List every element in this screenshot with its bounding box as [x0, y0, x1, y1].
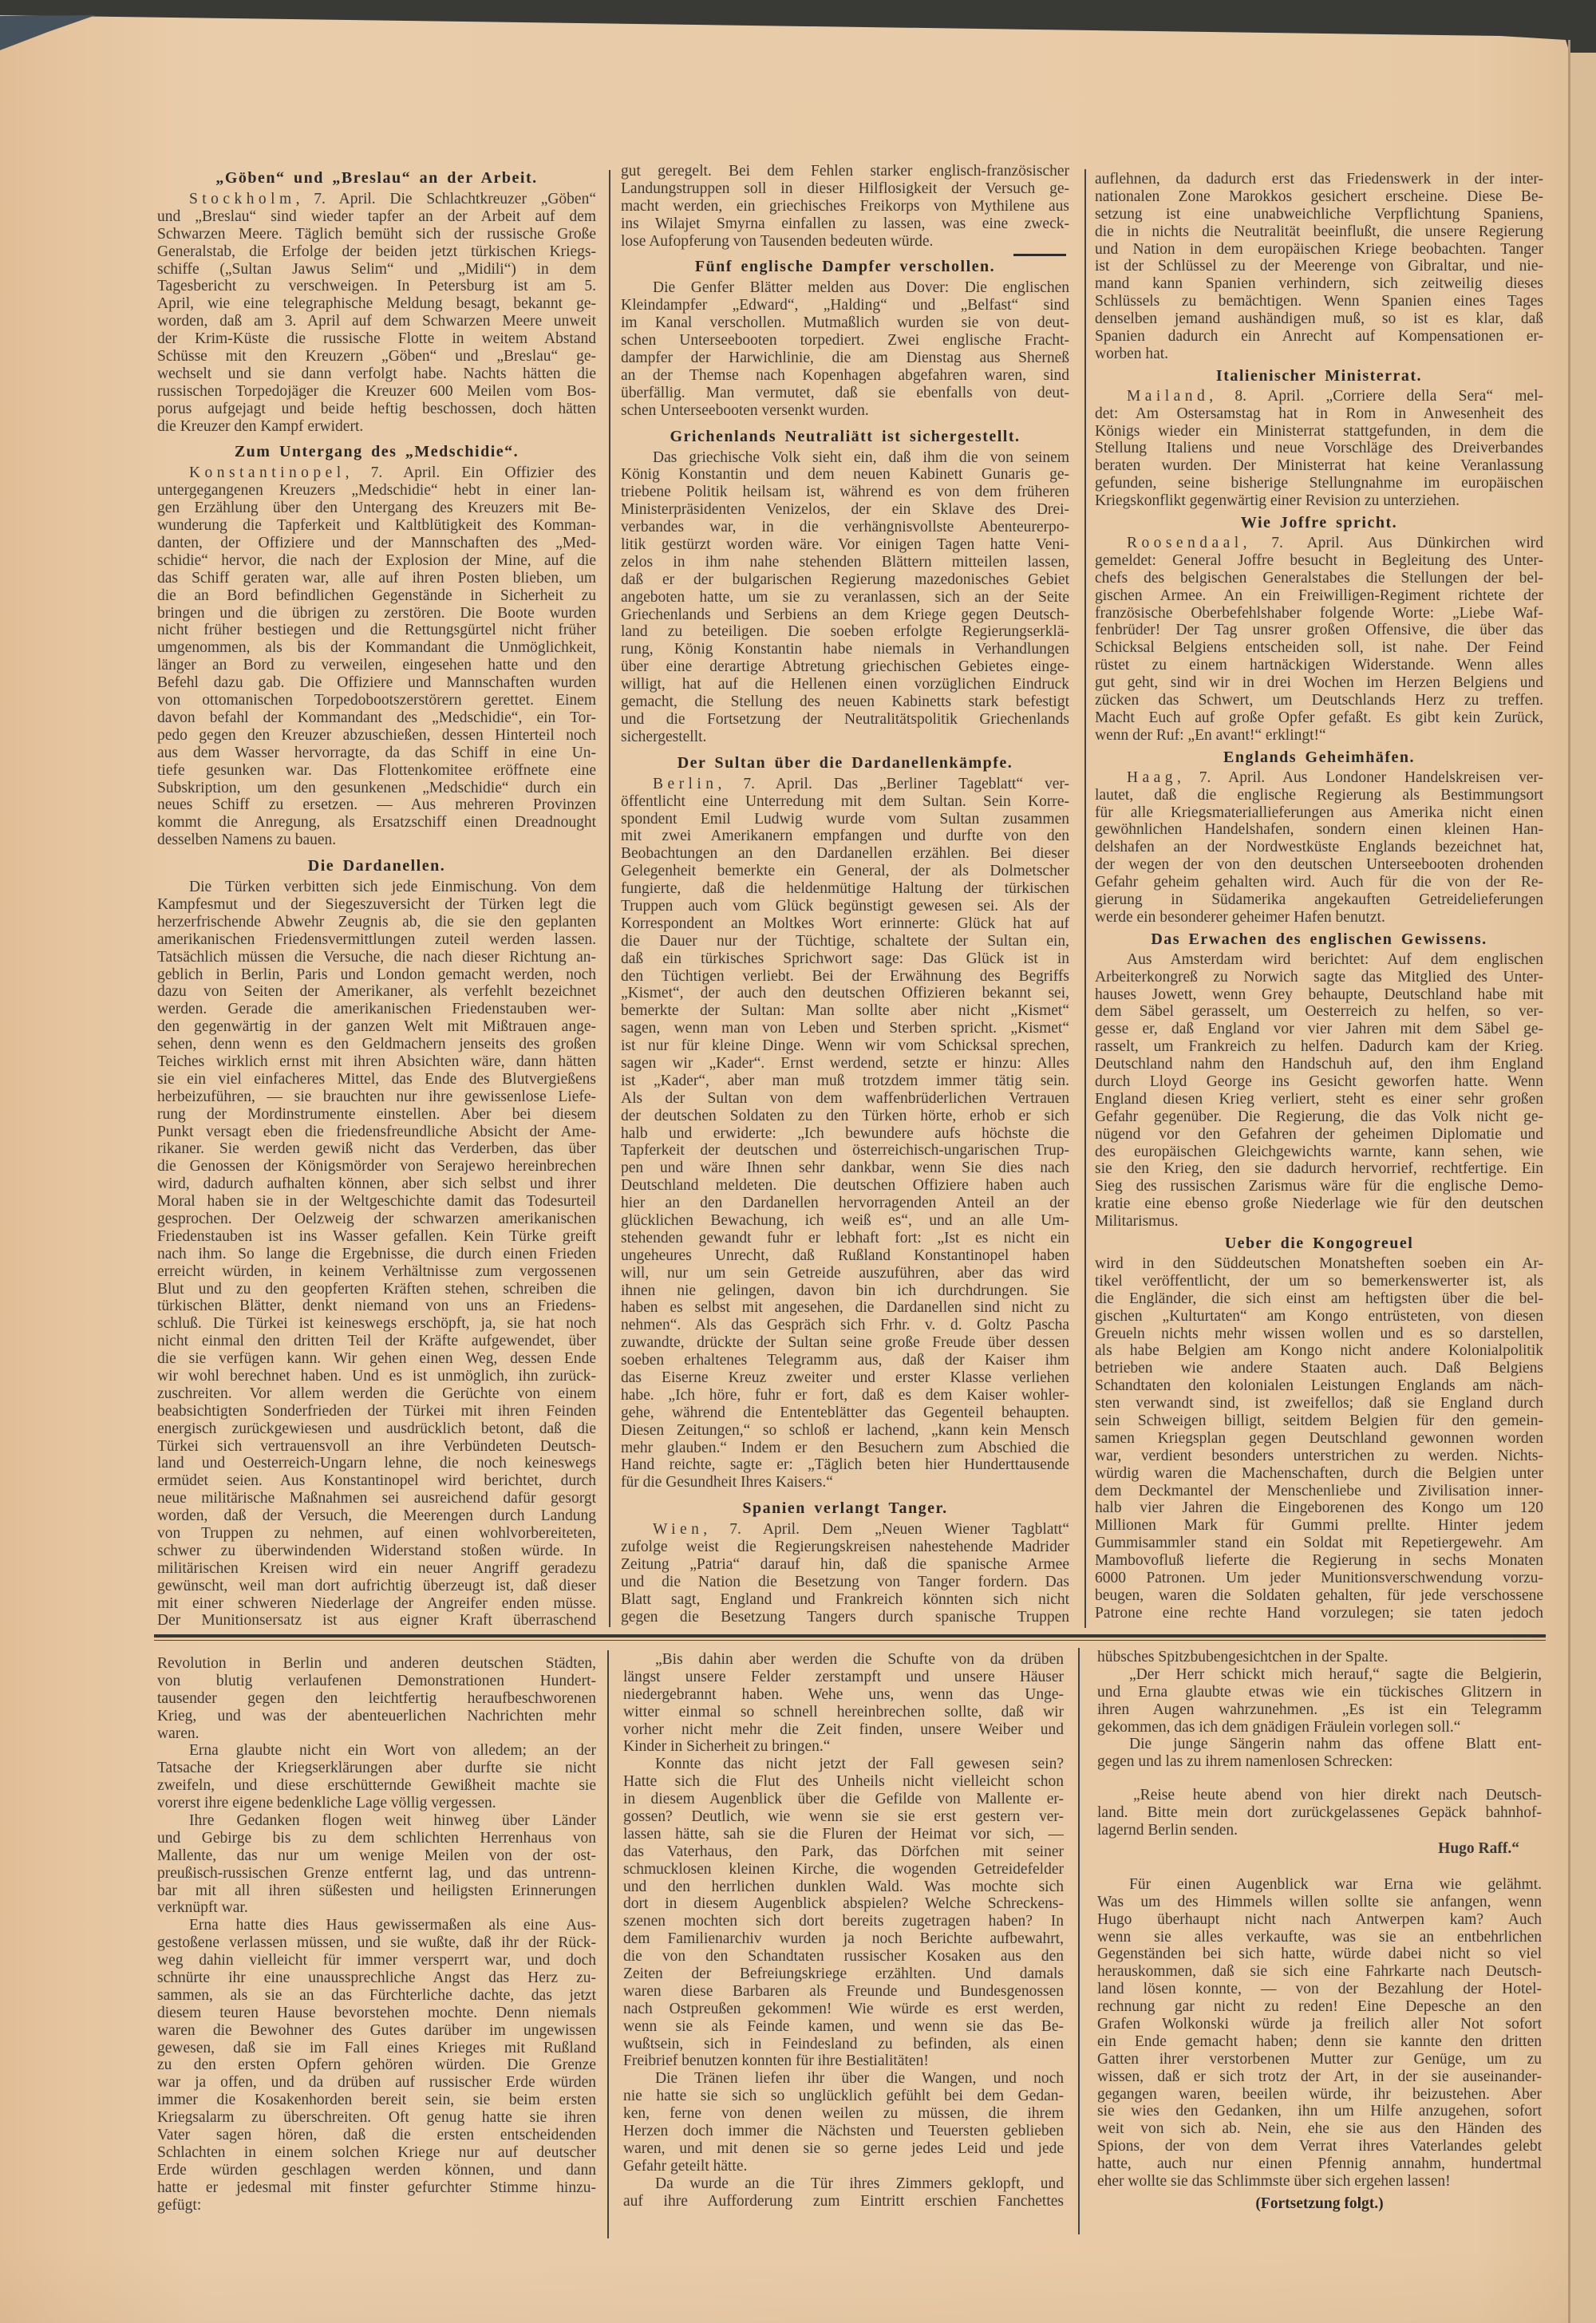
text-line: tausender gegen den leichtfertig heraufb… [157, 1690, 596, 1708]
line-text: Tatsache der Kriegserklärungen aber durf… [157, 1760, 596, 1776]
text-line: auflehnen, da dadurch erst das Friedensw… [1095, 171, 1543, 188]
line-text: gen Erzählung über den Untergang des Kre… [157, 500, 596, 516]
text-line: die in nichts die Neutralität beeinflußt… [1095, 223, 1543, 241]
news-column-1: „Göben“ und „Breslau“ an der Arbeit.Stoc… [157, 168, 596, 1630]
text-line: türkischen Blätter, denkt niemand von un… [157, 1298, 596, 1315]
text-line: sehen, denn wenn es den Geldmachern jens… [157, 1036, 596, 1053]
text-line: gefunden, seine bisherige Stellungnahme … [1095, 475, 1543, 492]
text-line: Millionen Mark für Gummi prellte. Hinter… [1095, 1517, 1543, 1535]
text-line: und „Breslau“ sind wieder tapfer an der … [157, 208, 596, 226]
line-text: geblich in Berlin, Paris und London gema… [157, 966, 596, 983]
line-text: von Truppen zu nehmen, auf einen wohlvor… [157, 1525, 596, 1542]
text-line: April, wie eine telegraphische Meldung b… [157, 295, 596, 313]
text-line: Tagesbericht zu verschweigen. In Petersb… [157, 278, 596, 295]
section-divider-rule [154, 1634, 1546, 1641]
line-text: das Schiff geraten war, alle auf ihren P… [157, 570, 596, 587]
line-text: Konnte das nicht jetzt der Fall gewesen … [655, 1756, 1064, 1772]
text-line: als habe Belgien am Kongo nicht andere K… [1095, 1342, 1543, 1360]
binding-cloth [0, 15, 96, 50]
line-text: halb vier Jahren die Eingeborenen des Ko… [1095, 1499, 1543, 1516]
line-text: gut geht, sind wir in drei Wochen im Her… [1095, 674, 1543, 691]
line-text: gehe, während die Ententeblätter das Geg… [621, 1404, 1069, 1421]
line-text: Ihre Gedanken flogen weit hinweg über Lä… [189, 1812, 596, 1829]
text-paragraph: Konnte das nicht jetzt der Fall gewesen … [623, 1756, 1064, 2070]
line-text: dampfer der Harwichlinie, die am Diensta… [621, 350, 1069, 366]
line-text: beabsichtigten Sonderfrieden der Türkei … [157, 1403, 596, 1420]
text-line: für alle Kriegsmateriallieferungen aus A… [1095, 804, 1543, 822]
text-line: rikaner. Sie werden gewiß nicht das Verd… [157, 1140, 596, 1158]
text-line: Für einen Augenblick war Erna wie gelähm… [1097, 1876, 1542, 1894]
line-text: pen und wäre Ihnen sehr dankbar, wenn Si… [621, 1160, 1069, 1176]
text-line: lagernd Berlin senden. [1097, 1822, 1542, 1839]
line-text: gewünscht, weil man dort aufrichtig über… [157, 1578, 596, 1594]
line-text: hier an den Dardanellen hervorragenden A… [621, 1195, 1069, 1211]
line-text: dazu von Seiten der Amerikaner, als verf… [157, 983, 596, 1000]
line-text: sten verwandt sind, ist zweifellos; daß … [1095, 1395, 1543, 1412]
text-line: litik gestürzt worden wäre. Vor einigen … [621, 536, 1069, 554]
line-text: will, nur um sein Getreide auszuführen, … [621, 1265, 1069, 1282]
line-text: Als der Sultan von dem waffenbrüderliche… [621, 1090, 1069, 1107]
line-text: waren, und mit denen sie so gerne jedes … [623, 2140, 1064, 2157]
line-text: wenn sie als Feinde kamen, und wenn sie … [623, 2018, 1064, 2035]
line-text: soeben erhaltenes Telegramm aus, daß der… [621, 1352, 1069, 1369]
line-text: land zu beteiligen. Die soeben erfolgte … [621, 623, 1069, 640]
text-line: rung der Mordinstrumente einstellen. Abe… [157, 1106, 596, 1124]
text-line: den Tüchtigen verliebt. Bei der Erwähnun… [621, 968, 1069, 986]
line-text: stehenden gewandt fuhr er lebhaft fort: … [621, 1230, 1069, 1246]
line-text: Tagesbericht zu verschweigen. In Petersb… [157, 278, 596, 294]
line-text: war, verdient besonders unterstrichen zu… [1095, 1448, 1543, 1464]
text-line: habe. „Ich höre, fuhr er fort, daß es de… [621, 1387, 1069, 1404]
line-text: waren die Bewohner des Gutes darüber im … [157, 2022, 596, 2039]
text-line: hauses Jowett, wenn Grey behaupte, Deuts… [1095, 986, 1543, 1004]
text-line: Türkei sich vertrauensvoll an ihre Verbü… [157, 1438, 596, 1456]
text-line: beugen, waren die Soldaten gehalten, für… [1095, 1587, 1543, 1605]
line-text: öffentlicht eine Unterredung mit dem Sul… [621, 793, 1069, 810]
text-line: haben es selbst mit angesehen, die Darda… [621, 1299, 1069, 1317]
text-line: Gelegenheit bemerkte ein General, der al… [621, 863, 1069, 880]
text-line: geblich in Berlin, Paris und London gema… [157, 966, 596, 984]
text-line: militärischen Kreisen wird ein neuer Ang… [157, 1560, 596, 1578]
line-text: zufolge weist die Regierungskreisen nahe… [621, 1539, 1069, 1555]
line-text: land. Bitte mein dort zurückgelassenes G… [1097, 1804, 1542, 1821]
line-text: Hugo überhaupt nicht nach Antwerpen kam?… [1097, 1911, 1542, 1928]
line-text: Hatte sich die Flut des Unheils nicht vi… [623, 1773, 1064, 1790]
text-line: erreicht würden, in keinem Verhältnisse … [157, 1263, 596, 1281]
line-text: vorerst ihre eigene bedenkliche Lage völ… [157, 1795, 496, 1811]
line-text: daß er der bulgarischen Regierung mazedo… [621, 571, 1069, 588]
text-line: umgenommen, als bis der Kommandant die U… [157, 639, 596, 657]
text-line: land. Bitte mein dort zurückgelassenes G… [1097, 1804, 1542, 1822]
line-text: würdig waren die Machenschaften, durch d… [1095, 1465, 1543, 1482]
line-text: Mambovofluß lieferte die Regierung in se… [1095, 1552, 1543, 1569]
line-text: auflehnen, da dadurch erst das Friedensw… [1095, 171, 1543, 188]
text-line: die an Bord befindlichen Gegenstände in … [157, 587, 596, 605]
text-line: und den herrlichen dunklen Wald. Was moc… [623, 1879, 1064, 1896]
line-text: Schüsse mit den Kreuzern „Göben“ und „Br… [157, 348, 596, 365]
line-text: rikaner. Sie werden gewiß nicht das Verd… [157, 1140, 596, 1157]
line-text: sammen, als sie an das Fürchterliche dac… [157, 1987, 596, 2004]
line-text: herzerfrischende Abwehr Zeugnis ab, die … [157, 914, 596, 930]
line-text: längst unsere Felder zerstampft und unse… [623, 1669, 1064, 1685]
text-paragraph: Die Genfer Blätter melden aus Dover: Die… [621, 279, 1069, 419]
text-line: gut geht, sind wir in drei Wochen im Her… [1095, 674, 1543, 692]
line-text: gemeldet: General Joffre besucht in Begl… [1095, 552, 1543, 569]
text-line: sten verwandt sind, ist zweifellos; daß … [1095, 1395, 1543, 1412]
line-text: ermüdet seien. Aus Konstantinopel wird b… [157, 1472, 596, 1489]
line-text: gesse er, daß England vor vier Jahren mi… [1095, 1021, 1543, 1037]
text-line: tikel veröffentlicht, der um so bemerken… [1095, 1273, 1543, 1290]
line-text: russischen Torpedojäger die Kreuzer 600 … [157, 383, 596, 400]
text-line: Deutschland nahm den Handschuh auf, den … [1095, 1056, 1543, 1073]
line-text: Erna hatte dies Haus gewissermaßen als e… [189, 1917, 596, 1934]
line-text: Grafen Wolkonski würde ja freilich aller… [1097, 2016, 1542, 2033]
text-line: sagen, wenn man von Leben und Sterben sp… [621, 1020, 1069, 1037]
line-text: betrieben wie andere Staaten auch. Daß B… [1095, 1360, 1543, 1377]
text-line: danten, der Offiziere und der Mannschaft… [157, 535, 596, 552]
news-column-3: auflehnen, da dadurch erst das Friedensw… [1095, 171, 1543, 1622]
line-text: Kriegskonflikt gegenwärtig einer Revisio… [1095, 492, 1460, 509]
text-line: Teiches wirklich ernst mit ihren Absicht… [157, 1053, 596, 1071]
line-text: Blatt sagt, England und Frankreich könnt… [621, 1591, 1069, 1608]
line-text: willigt, hat auf die Hellenen einen vorz… [621, 676, 1069, 693]
line-text: Spions, der von dem Verrat ihres Vaterla… [1097, 2138, 1542, 2155]
text-line: neue militärische Maßnahmen sei ausreich… [157, 1490, 596, 1507]
text-paragraph: gut geregelt. Bei dem Fehlen starker eng… [621, 163, 1069, 250]
line-text: ins Wilajet Smyrna einfallen zu lassen, … [621, 215, 1069, 232]
text-line: daß er der bulgarischen Regierung mazedo… [621, 571, 1069, 589]
text-line: Roosendaal, 7. April. Aus Dünkirchen wir… [1095, 535, 1543, 552]
article-headline: Englands Geheimhäfen. [1095, 748, 1543, 767]
text-line: zuschreiten. Vor allem werden die Gerüch… [157, 1385, 596, 1403]
text-line: zelos in ihm nahe stehenden Blättern mit… [621, 554, 1069, 571]
text-line: Konnte das nicht jetzt der Fall gewesen … [623, 1756, 1064, 1773]
line-text: die von den Schandtaten russischer Kosak… [623, 1948, 1064, 1965]
text-line: nationalen Zone Marokkos gesichert ersch… [1095, 188, 1543, 206]
text-line: Blatt sagt, England und Frankreich könnt… [621, 1591, 1069, 1609]
line-text: ken, ferne von denen weilen zu müssen, d… [623, 2105, 1064, 2122]
line-text: beraten wurden. Der Ministerrat hat kein… [1095, 457, 1543, 474]
text-line: glücklichen Bewachung, ich weiß es“, und… [621, 1212, 1069, 1230]
text-line: waren, und mit denen sie so gerne jedes … [623, 2140, 1064, 2158]
line-text: verbandes war, in die verhängnisvollste … [621, 519, 1069, 535]
text-line: über eine derartige Abtretung griechisch… [621, 658, 1069, 676]
column-rule [1078, 1648, 1080, 2234]
line-text: Blut und zu den geopferten Kräften stehe… [157, 1281, 596, 1298]
text-line: worden, daß am 3. April auf dem Schwarze… [157, 313, 596, 330]
text-line: rechnung gar nicht zu reden! Eine Depesc… [1097, 1998, 1542, 2016]
text-paragraph: Die Tränen liefen ihr über die Wangen, u… [623, 2070, 1064, 2175]
text-line: „Bis dahin aber werden die Schufte von d… [623, 1651, 1064, 1669]
line-text: sagen wir „Kader“. Ernst werdend, setzte… [621, 1055, 1069, 1072]
line-text: szenen mochten sich dort bereits zugetra… [623, 1913, 1064, 1930]
text-line: länger an Bord zu verweilen, eingesehen … [157, 657, 596, 674]
text-line: denselben jemand aushändigen muß, so ist… [1095, 310, 1543, 328]
text-line: Blut und zu den geopferten Kräften stehe… [157, 1281, 596, 1298]
text-line: Tatsache der Kriegserklärungen aber durf… [157, 1760, 596, 1777]
line-text: ist „Kader“, aber man muß trotzdem immer… [621, 1073, 1069, 1089]
text-line: Kampfesmut und der Siegeszuversicht der … [157, 896, 596, 914]
text-line: neues Schiff zu ersetzen. — Aus mehreren… [157, 796, 596, 814]
line-text: Arbeiterkongreß zu Norwich sagte das Mit… [1095, 969, 1543, 986]
article-headline: Das Erwachen des englischen Gewissens. [1095, 930, 1543, 949]
line-text: worden, daß der Versuch, die Meerengen d… [157, 1507, 596, 1524]
dispatch-paragraph: Wien, 7. April. Dem „Neuen Wiener Tagbla… [621, 1521, 1069, 1626]
text-line: Militarismus. [1095, 1213, 1543, 1231]
article-headline: Ueber die Kongogreuel [1095, 1234, 1543, 1253]
article-headline: Fünf englische Dampfer verschollen. [621, 257, 1069, 276]
text-line: „Kismet“, der auch den deutschen Offizie… [621, 985, 1069, 1002]
text-line: fungierte, daß die heldenmütige Haltung … [621, 880, 1069, 898]
column-rule [607, 1650, 609, 2238]
text-line: Aus Amsterdam wird berichtet: Auf dem en… [1095, 951, 1543, 969]
line-text: porus aufgejagt und beide heftig beschos… [157, 401, 596, 417]
line-text: dort in diesem Augenblick abspielen? Wel… [623, 1895, 1064, 1912]
line-text: „Kismet“, der auch den deutschen Offizie… [621, 985, 1069, 1001]
line-text: habe. „Ich höre, fuhr er fort, daß es de… [621, 1387, 1069, 1404]
line-text: Kleindampfer „Edward“, „Halding“ und „Be… [621, 297, 1069, 314]
line-text: Ministerpräsidenten Venizelos, der ein S… [621, 501, 1069, 518]
text-line: wird in den Süddeutschen Monatsheften so… [1095, 1255, 1543, 1273]
text-paragraph: „Der Herr schickt mich herauf,“ sagte di… [1097, 1666, 1542, 1736]
text-paragraph: Für einen Augenblick war Erna wie gelähm… [1097, 1876, 1542, 2191]
text-line: dort in diesem Augenblick abspielen? Wel… [623, 1895, 1064, 1913]
text-line: angeboten hatte, um sie zu veranlassen, … [621, 589, 1069, 606]
text-line: land zu beteiligen. Die soeben erfolgte … [621, 623, 1069, 641]
text-line: rung, König Konstantin habe niemals in V… [621, 641, 1069, 658]
line-text: ein Ende gemacht haben; denn sie kannte … [1097, 2033, 1542, 2050]
text-line: von Truppen zu nehmen, auf einen wohlvor… [157, 1525, 596, 1543]
article-headline: Die Dardanellen. [157, 856, 596, 875]
text-line: Grafen Wolkonski würde ja freilich aller… [1097, 2016, 1542, 2033]
line-text: Befehl dazu gab. Die Offiziere und Manns… [157, 674, 596, 691]
text-line: mand kann Spanien verhindern, sich zeitw… [1095, 275, 1543, 293]
line-text: bringen und die übrigen zu zerstören. Di… [157, 605, 596, 622]
text-line: waren diese Barbaren als Freunde und Bun… [623, 1983, 1064, 2001]
text-line: gesse er, daß England vor vier Jahren mi… [1095, 1021, 1543, 1038]
line-text: weg dahin vielleicht für immer versperrt… [157, 1952, 596, 1969]
text-line: Zeitung „Patria“ darauf hin, daß die spa… [621, 1556, 1069, 1574]
line-text: Gefahr gegenüber. Die Regierung, die das… [1095, 1108, 1543, 1125]
text-line: Gegenständen bei sich hatte, würde dabei… [1097, 1946, 1542, 1963]
text-line: Revolution in Berlin und anderen deutsch… [157, 1655, 596, 1673]
text-line: sichergestellt. [621, 729, 1069, 746]
text-line: Zeiten der Befreiungskriege erzählten. U… [623, 1965, 1064, 1983]
line-text: energisch zurückgewiesen und ausdrücklic… [157, 1420, 596, 1437]
text-line: daß ein türkisches Sprichwort sage: Das … [621, 950, 1069, 968]
text-line: das Eiserne Kreuz zweiter und erster Kla… [621, 1369, 1069, 1387]
line-text: witter einmal so schnell hereinbrechen s… [623, 1704, 1064, 1721]
dispatch-paragraph: Mailand, 8. April. „Corriere della Sera“… [1095, 388, 1543, 510]
text-line: gehe, während die Ententeblätter das Geg… [621, 1404, 1069, 1422]
line-text: lagernd Berlin senden. [1097, 1822, 1238, 1839]
text-line: schen Unterseebooten versenkt wurden. [621, 402, 1069, 420]
line-text: Das griechische Volk sieht ein, daß ihm … [653, 449, 1069, 466]
dispatch-paragraph: Stockholm, 7. April. Die Schlachtkreuzer… [157, 191, 596, 435]
line-text: Deutschland meldeten. Die deutschen Offi… [621, 1177, 1069, 1194]
text-line: Subskription, um den gesunkenen „Medschi… [157, 780, 596, 797]
text-line: überfällig. Man vermutet, daß sie ebenfa… [621, 385, 1069, 402]
text-line: Deutschland meldeten. Die deutschen Offi… [621, 1177, 1069, 1195]
text-line: zufolge weist die Regierungskreisen nahe… [621, 1539, 1069, 1556]
text-line: dem Deckmantel der Menschenliebe und Ziv… [1095, 1483, 1543, 1500]
text-line: aus dem Wasser hervorragte, da das Schif… [157, 745, 596, 762]
text-line: gen Erzählung über den Untergang des Kre… [157, 500, 596, 517]
line-text: für die Gesundheit Ihres Kaisers.“ [621, 1474, 833, 1491]
text-line: Königs wieder ein Ministerrat stattgefun… [1095, 423, 1543, 441]
article-headline: Der Sultan über die Dardanellenkämpfe. [621, 753, 1069, 772]
line-text: Griechenlands und Serbiens an dem Kriege… [621, 606, 1069, 623]
text-line: nach ihm. So lange die Ergebnisse, die d… [157, 1246, 596, 1263]
text-line: Sieg des russischen Zarismus wäre für di… [1095, 1178, 1543, 1195]
text-line: Landungstruppen soll in dieser Hilflosig… [621, 180, 1069, 198]
text-line: Gummisammler stand ein Soldat mit Repeti… [1095, 1535, 1543, 1552]
line-text: sie den Krieg, den sie dadurch hervorrie… [1095, 1160, 1543, 1177]
text-line: schiffe („Sultan Jawus Selim“ und „Midil… [157, 261, 596, 279]
line-text: hatte, auch nur einen Pfennig annahm, hu… [1097, 2155, 1542, 2172]
line-text: Moral haben sie in der Weltgeschichte da… [157, 1193, 596, 1210]
text-line: schnürte ihr eine unaussprechliche Angst… [157, 1969, 596, 1987]
line-text: werden. Gerade die amerikanischen Friede… [157, 1001, 596, 1017]
line-text: England diesen Krieg verliert, steht es … [1095, 1091, 1543, 1108]
text-line: französische Oberbefehlshaber folgende W… [1095, 605, 1543, 622]
text-line: gierung in Südamerika angekauften Getrei… [1095, 891, 1543, 909]
line-text: vorher nicht mehr die Zeit finden, unser… [623, 1721, 1064, 1738]
text-line: Diesen Zeitungen,“ so schloß er lachend,… [621, 1422, 1069, 1440]
text-line: bringen und die übrigen zu zerstören. Di… [157, 605, 596, 622]
text-line: gemacht, die Stellung des neuen Kabinett… [621, 693, 1069, 711]
text-line: wird, dadurch aufhalten können, aber sic… [157, 1175, 596, 1193]
line-text: sichergestellt. [621, 729, 706, 745]
line-text: die in nichts die Neutralität beeinflußt… [1095, 223, 1543, 240]
text-line: ihnen nie gelingen, davon bin ich durchd… [621, 1282, 1069, 1300]
text-line: witter einmal so schnell hereinbrechen s… [623, 1704, 1064, 1721]
line-text: im Kanal verschollen. Mutmaßlich wurden … [621, 314, 1069, 331]
line-text: nicht einmal den dritten Teil der Kräfte… [157, 1333, 596, 1349]
line-text: Gatten ihrer verstorbenen Mutter zur Gen… [1097, 2051, 1542, 2068]
line-text: verknüpft war. [157, 1899, 248, 1916]
line-text: spondent Emil Ludwig wurde vom Sultan zu… [621, 811, 1069, 828]
text-line: land und Oesterreich-Ungarn lehne, die n… [157, 1455, 596, 1472]
line-text: Generalstab, die Erfolge der beiden jetz… [157, 243, 596, 260]
article-headline: Wie Joffre spricht. [1095, 513, 1543, 532]
line-text: Korrespondent an Moltkes Wort erinnerte:… [621, 915, 1069, 932]
text-line: Die Genfer Blätter melden aus Dover: Die… [621, 279, 1069, 297]
text-line: König Konstantin und dem neuen Kabinett … [621, 466, 1069, 484]
text-line: preußisch-russischen Grenze entfernt lag… [157, 1865, 596, 1882]
line-text: Zeiten der Befreiungskriege erzählten. U… [623, 1965, 1064, 1982]
line-text: tausender gegen den leichtfertig heraufb… [157, 1690, 596, 1707]
line-text: nationalen Zone Marokkos gesichert ersch… [1095, 188, 1543, 205]
text-line: triebene Politik heilsam ist, während es… [621, 484, 1069, 501]
line-text: triebene Politik heilsam ist, während es… [621, 484, 1069, 500]
text-line: porus aufgejagt und beide heftig beschos… [157, 401, 596, 418]
text-line: Herzen doch immer die Nächsten und Teuer… [623, 2123, 1064, 2140]
line-text: Diesen Zeitungen,“ so schloß er lachend,… [621, 1422, 1069, 1439]
line-text: preußisch-russischen Grenze entfernt lag… [157, 1865, 596, 1882]
line-text: rechnung gar nicht zu reden! Eine Depesc… [1097, 1998, 1542, 2015]
text-line: England diesen Krieg verliert, steht es … [1095, 1091, 1543, 1108]
line-text: „Der Herr schickt mich herauf,“ sagte di… [1129, 1666, 1542, 1683]
line-text: des europäischen Gleichgewichts warnte, … [1095, 1144, 1543, 1160]
line-text: zelos in ihm nahe stehenden Blättern mit… [621, 554, 1069, 571]
text-line: davon befahl der Kommandant des „Medschi… [157, 709, 596, 727]
line-text: war ja offen, und da drüben auf russisch… [157, 2074, 596, 2091]
text-line: sie wies den Gedanken, ihn um Hilfe anzu… [1097, 2103, 1542, 2120]
text-line: war, verdient besonders unterstrichen zu… [1095, 1448, 1543, 1465]
line-text: daß ein türkisches Sprichwort sage: Das … [621, 950, 1069, 967]
text-line: pedo gegen den Kreuzer abzuschießen, des… [157, 727, 596, 745]
text-line: Mailand, 8. April. „Corriere della Sera“… [1095, 388, 1543, 405]
line-text: Schicksal Belgiens entscheiden soll, ist… [1095, 639, 1543, 656]
text-line: Tatsächlich müssen die Versuche, die nac… [157, 949, 596, 966]
text-line: würdig waren die Machenschaften, durch d… [1095, 1465, 1543, 1483]
text-line: Mallente, das nur um wenige Meilen von d… [157, 1847, 596, 1865]
text-line: weit von sich ab. Nein, ehe sie aus den … [1097, 2120, 1542, 2138]
text-line: ein Ende gemacht haben; denn sie kannte … [1097, 2033, 1542, 2051]
dispatch-paragraph: Konstantinopel, 7. April. Ein Offizier d… [157, 464, 596, 849]
line-text: litik gestürzt worden wäre. Vor einigen … [621, 536, 1069, 553]
text-line: das Vaterhaus, den Park, das Dörfchen mi… [623, 1843, 1064, 1861]
line-text: wird, dadurch aufhalten können, aber sic… [157, 1175, 596, 1192]
line-text: schluß. Die Türkei ist keineswegs erschö… [157, 1315, 596, 1332]
text-line: diesem teuren Hause bevorstehen mochte. … [157, 2005, 596, 2022]
line-text: , 7. April. Das „Berliner Tageblatt“ ver… [718, 776, 1069, 792]
text-line: rasselt, um Frankreich zu helfen. Dadurc… [1095, 1038, 1543, 1056]
text-line: mit zwei Amerikanern empfangen und durft… [621, 828, 1069, 845]
line-text: chefs des belgischen Generalstabes die S… [1095, 570, 1543, 587]
line-text: nügend vor den Gefahren der geheimen Dip… [1095, 1126, 1543, 1143]
text-line: Kriegskonflikt gegenwärtig einer Revisio… [1095, 492, 1543, 510]
text-line: schidie“ hervor, die nach der Explosion … [157, 552, 596, 570]
text-line: nehmen“. Als das Gespräch sich Frhr. v. … [621, 1317, 1069, 1334]
dateline: Wien [653, 1521, 703, 1538]
text-line: von ottomanischen Torpedobootszerstörern… [157, 692, 596, 709]
line-text: herbeizuführen, — sie brauchten nur ihre… [157, 1088, 596, 1105]
line-text: und die Fortsetzung der Neutralitätspoli… [621, 711, 1069, 728]
text-line: Schwarzen Meere. Täglich bemüht sich der… [157, 226, 596, 243]
text-line: rüstet zu einem hartnäckigen Widerstande… [1095, 657, 1543, 674]
text-line: die Engländer, die sich einst am heftigs… [1095, 1290, 1543, 1308]
text-line: russischen Torpedojäger die Kreuzer 600 … [157, 383, 596, 401]
text-line: Moral haben sie in der Weltgeschichte da… [157, 1193, 596, 1211]
line-text: Der Munitionsersatz ist aus eigner Kraft… [157, 1612, 596, 1629]
line-text: Schandtaten den kolonialen Leistungen En… [1095, 1377, 1543, 1394]
line-text: die Engländer, die sich einst am heftigs… [1095, 1290, 1543, 1307]
line-text: Kampfesmut und der Siegeszuversicht der … [157, 896, 596, 913]
text-line: weg dahin vielleicht für immer versperrt… [157, 1952, 596, 1969]
line-text: gefügt: [157, 2197, 201, 2214]
text-line: gekommen, das ich dem gnädigen Fräulein … [1097, 1719, 1542, 1736]
line-text: , 7. April. Ein Offizier des [346, 464, 596, 481]
text-line: Arbeiterkongreß zu Norwich sagte das Mit… [1095, 969, 1543, 986]
text-line: vorher nicht mehr die Zeit finden, unser… [623, 1721, 1064, 1739]
line-text: schmucklosen kleinen Kirche, die wogende… [623, 1861, 1064, 1878]
text-line: gut geregelt. Bei dem Fehlen starker eng… [621, 163, 1069, 180]
line-text: Millionen Mark für Gummi prellte. Hinter… [1095, 1517, 1543, 1534]
line-text: mand kann Spanien verhindern, sich zeitw… [1095, 275, 1543, 292]
dispatch-paragraph: Roosendaal, 7. April. Aus Dünkirchen wir… [1095, 535, 1543, 745]
line-text: Gefahr geheim gehalten wird. Auch für di… [1095, 874, 1543, 891]
text-line: Friedenstauben ist ins Wasser gefallen. … [157, 1228, 596, 1246]
line-text: gut geregelt. Bei dem Fehlen starker eng… [621, 163, 1069, 180]
text-line: 6000 Patronen. Um jeder Munitionsverschw… [1095, 1570, 1543, 1587]
column-rule [1084, 169, 1086, 1628]
line-text: tikel veröffentlicht, der um so bemerken… [1095, 1273, 1543, 1290]
text-line: gegen die Besetzung Tangers durch spanis… [621, 1609, 1069, 1626]
line-text: macht werden, ein griechisches Freikorps… [621, 198, 1069, 215]
text-line: Schüsse mit den Kreuzern „Göben“ und „Br… [157, 348, 596, 365]
